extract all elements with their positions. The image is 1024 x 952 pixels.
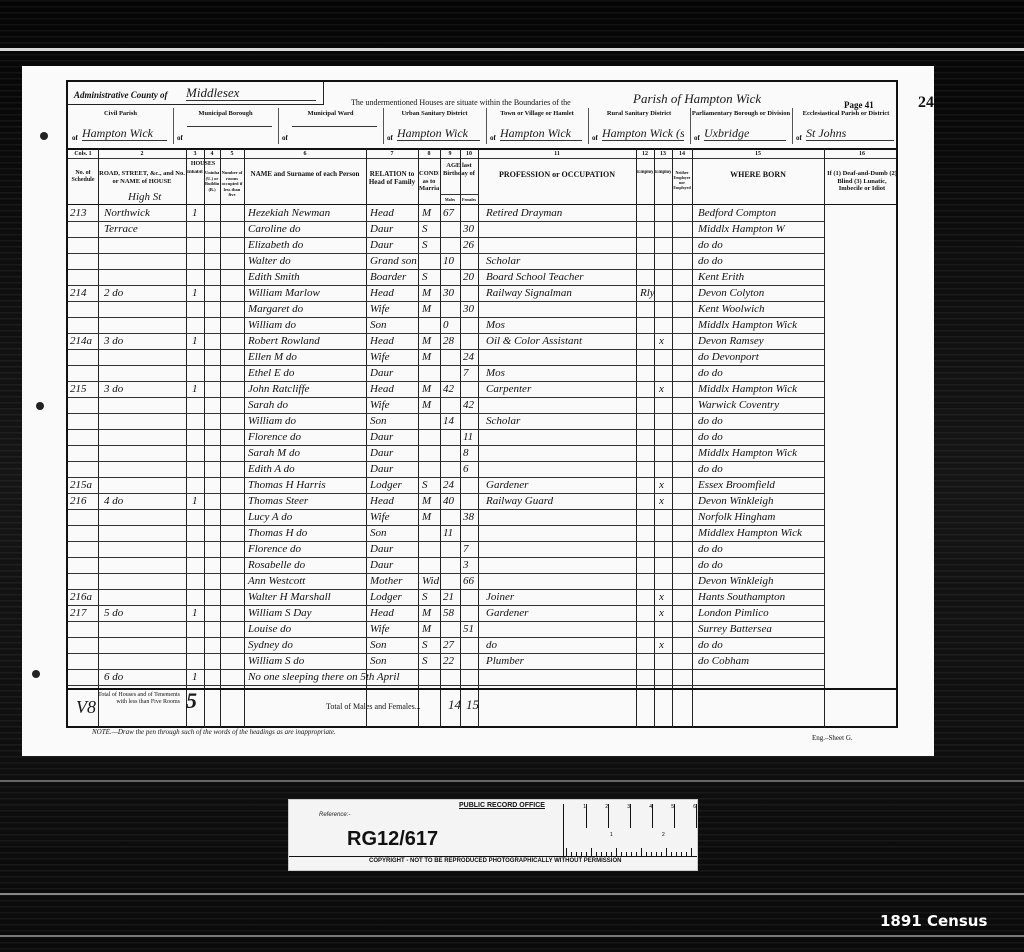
census-row: Louise doWifeM51Surrey Battersea xyxy=(68,622,900,638)
copyright-notice: COPYRIGHT - NOT TO BE REPRODUCED PHOTOGR… xyxy=(369,858,621,864)
cell-emp: x xyxy=(659,591,664,603)
punch-hole xyxy=(36,402,44,410)
scale-mark: 4 xyxy=(644,804,653,828)
header-rooms: Number of rooms occupied if less than fi… xyxy=(221,170,243,202)
column-number: 14 xyxy=(672,150,692,158)
cell-schedule: 216a xyxy=(70,591,92,603)
cell-condition: M xyxy=(422,351,431,363)
header-schedule: No. of Schedule xyxy=(69,170,97,202)
cell-inhabited: 1 xyxy=(192,383,198,395)
cell-born: Devon Ramsey xyxy=(698,335,764,347)
cell-road: 5 do xyxy=(104,607,123,619)
area-label: Town or Village or Hamlet xyxy=(486,110,588,118)
scale-tick xyxy=(601,852,602,856)
census-row: 2153 do1John RatcliffeHeadM42CarpenterxM… xyxy=(68,382,900,398)
cell-born: do do xyxy=(698,367,723,379)
census-caption: 1891 Census xyxy=(880,912,987,930)
scale-tick xyxy=(616,848,617,856)
census-row: Florence doDaur11do do xyxy=(68,430,900,446)
cell-relation: Wife xyxy=(370,511,390,523)
cell-road: 3 do xyxy=(104,335,123,347)
cell-relation: Daur xyxy=(370,431,393,443)
scale-tick xyxy=(656,852,657,856)
census-row: Florence doDaur7do do xyxy=(68,542,900,558)
divider xyxy=(289,856,697,857)
cell-relation: Wife xyxy=(370,303,390,315)
area-label: Municipal Borough xyxy=(173,110,278,118)
cell-emp: x xyxy=(659,335,664,347)
cell-relation: Head xyxy=(370,495,394,507)
cell-name: Edith A do xyxy=(248,463,295,475)
census-row: Sydney doSonS27doxdo do xyxy=(68,638,900,654)
cell-born: Norfolk Hingham xyxy=(698,511,775,523)
cell-relation: Son xyxy=(370,655,387,667)
header-where-born: WHERE BORN xyxy=(693,170,823,202)
census-row: Thomas H doSon11Middlex Hampton Wick xyxy=(68,526,900,542)
scale-tick xyxy=(691,848,692,856)
cell-relation: Daur xyxy=(370,447,393,459)
census-row: Sarah doWifeM42Warwick Coventry xyxy=(68,398,900,414)
scale-mark: 1 xyxy=(578,804,587,828)
cell-name: Ann Westcott xyxy=(248,575,305,587)
scale-mark: 6 xyxy=(688,804,697,828)
cell-relation: Daur xyxy=(370,559,393,571)
cell-female-age: 7 xyxy=(463,367,469,379)
scale-tick xyxy=(586,852,587,856)
cell-name: William Marlow xyxy=(248,287,320,299)
cell-male-age: 0 xyxy=(443,319,449,331)
divider xyxy=(278,108,279,144)
cell-relation: Head xyxy=(370,607,394,619)
cell-condition: M xyxy=(422,207,431,219)
cell-relation: Son xyxy=(370,415,387,427)
census-row: Edith A doDaur6do do xyxy=(68,462,900,478)
road-value: High St xyxy=(128,190,161,204)
scale-tick xyxy=(671,852,672,856)
census-form: Administrative County of Middlesex The u… xyxy=(66,80,898,728)
cell-born: Middlx Hampton Wick xyxy=(698,447,797,459)
header-age: AGE last Birthday of xyxy=(440,162,478,178)
cell-inhabited: 1 xyxy=(192,671,198,683)
header-employed: Employed xyxy=(655,170,671,202)
cell-condition: M xyxy=(422,511,431,523)
scale-tick xyxy=(611,852,612,856)
cell-occupation: Oil & Color Assistant xyxy=(486,335,582,347)
column-number: 16 xyxy=(824,150,900,158)
cell-name: Thomas H Harris xyxy=(248,479,326,491)
of-prefix: of xyxy=(592,134,598,142)
cell-born: do do xyxy=(698,255,723,267)
cell-name: Edith Smith xyxy=(248,271,300,283)
cell-schedule: 215a xyxy=(70,479,92,491)
cell-name: John Ratcliffe xyxy=(248,383,309,395)
record-office: PUBLIC RECORD OFFICE xyxy=(459,802,545,809)
scale-ruler: 12345612 xyxy=(563,804,696,856)
header-condition: CONDITION as to Marriage xyxy=(419,170,439,202)
scale-tick xyxy=(626,852,627,856)
cell-condition: M xyxy=(422,623,431,635)
area-value: Hampton Wick xyxy=(82,126,167,141)
cell-female-age: 20 xyxy=(463,271,474,283)
cell-male-age: 11 xyxy=(443,527,453,539)
scan-stripe xyxy=(0,48,1024,51)
cell-female-age: 42 xyxy=(463,399,474,411)
cell-inhabited: 1 xyxy=(192,495,198,507)
scale-tick xyxy=(641,848,642,856)
census-row: Sarah M doDaur8Middlx Hampton Wick xyxy=(68,446,900,462)
scale-tick xyxy=(576,852,577,856)
cell-relation: Daur xyxy=(370,223,393,235)
cell-born: do do xyxy=(698,543,723,555)
scale-tick xyxy=(676,852,677,856)
cell-male-age: 58 xyxy=(443,607,454,619)
census-row: 2164 do1Thomas SteerHeadM40Railway Guard… xyxy=(68,494,900,510)
scale-mark: 1 xyxy=(610,832,613,838)
column-number: 2 xyxy=(98,150,186,158)
scale-mark: 3 xyxy=(622,804,631,828)
cell-name: William S Day xyxy=(248,607,312,619)
area-value: St Johns xyxy=(806,126,894,141)
cell-relation: Head xyxy=(370,335,394,347)
cell-male-age: 14 xyxy=(443,415,454,427)
cell-name: Sarah do xyxy=(248,399,288,411)
divider xyxy=(690,108,691,144)
cell-born: Hants Southampton xyxy=(698,591,785,603)
divider xyxy=(68,158,896,159)
cell-born: Devon Winkleigh xyxy=(698,495,773,507)
scale-tick xyxy=(631,852,632,856)
census-row: 216aWalter H MarshallLodgerS21JoinerxHan… xyxy=(68,590,900,606)
cell-name: Florence do xyxy=(248,543,301,555)
cell-male-age: 42 xyxy=(443,383,454,395)
header-males: Males xyxy=(440,196,460,204)
cell-condition: M xyxy=(422,335,431,347)
header-inhabited: Inhabited xyxy=(187,170,203,202)
cell-name: Robert Rowland xyxy=(248,335,320,347)
census-row: Rosabelle doDaur3do do xyxy=(68,558,900,574)
header-females: Females xyxy=(460,196,478,204)
cell-schedule: 216 xyxy=(70,495,87,507)
column-number: 9 xyxy=(440,150,460,158)
of-prefix: of xyxy=(72,134,78,142)
sheet-note: NOTE.—Draw the pen through such of the w… xyxy=(92,728,336,736)
cell-condition: S xyxy=(422,639,428,651)
cell-female-age: 8 xyxy=(463,447,469,459)
cell-born: do do xyxy=(698,415,723,427)
scan-stripe xyxy=(0,780,1024,782)
cell-occupation: Mos xyxy=(486,367,505,379)
cell-male-age: 10 xyxy=(443,255,454,267)
cell-male-age: 30 xyxy=(443,287,454,299)
cell-male-age: 27 xyxy=(443,639,454,651)
cell-born: do do xyxy=(698,463,723,475)
of-prefix: of xyxy=(490,134,496,142)
cell-relation: Daur xyxy=(370,543,393,555)
census-row: 214a3 do1Robert RowlandHeadM28Oil & Colo… xyxy=(68,334,900,350)
column-number: 13 xyxy=(654,150,672,158)
census-row: Ann WestcottMotherWid66Devon Winkleigh xyxy=(68,574,900,590)
cell-name: Ellen M do xyxy=(248,351,297,363)
cell-name: Thomas H do xyxy=(248,527,307,539)
cell-female-age: 7 xyxy=(463,543,469,555)
punch-hole xyxy=(32,670,40,678)
column-number: 10 xyxy=(460,150,478,158)
scale-tick xyxy=(566,848,567,856)
cell-name: Florence do xyxy=(248,431,301,443)
cell-name: Walter do xyxy=(248,255,291,267)
cell-female-age: 26 xyxy=(463,239,474,251)
cell-relation: Boarder xyxy=(370,271,406,283)
header-neither: Neither Employer nor Employed xyxy=(673,170,691,202)
scale-tick xyxy=(666,848,667,856)
cell-name: Lucy A do xyxy=(248,511,292,523)
column-number: 5 xyxy=(220,150,244,158)
column-number: 3 xyxy=(186,150,204,158)
cell-name: Sarah M do xyxy=(248,447,300,459)
header-relation: RELATION to Head of Family xyxy=(367,170,417,202)
cell-born: do do xyxy=(698,559,723,571)
cell-condition: S xyxy=(422,271,428,283)
cell-road: Terrace xyxy=(104,223,138,235)
cell-relation: Head xyxy=(370,207,394,219)
cell-occupation: Retired Drayman xyxy=(486,207,562,219)
cell-born: Devon Colyton xyxy=(698,287,764,299)
cell-schedule: 213 xyxy=(70,207,87,219)
cell-relation: Head xyxy=(370,383,394,395)
divider xyxy=(440,194,478,195)
cell-born: do Devonport xyxy=(698,351,759,363)
cell-relation: Son xyxy=(370,527,387,539)
cell-relation: Head xyxy=(370,287,394,299)
census-row: Lucy A doWifeM38Norfolk Hingham xyxy=(68,510,900,526)
scale-tick xyxy=(591,848,592,856)
cell-born: Middlx Hampton Wick xyxy=(698,383,797,395)
divider xyxy=(792,108,793,144)
cell-born: Middlex Hampton Wick xyxy=(698,527,802,539)
header-employer: Employer xyxy=(637,170,653,202)
census-row: Margaret doWifeM30Kent Woolwich xyxy=(68,302,900,318)
area-value xyxy=(187,126,272,127)
cell-female-age: 66 xyxy=(463,575,474,587)
of-prefix: of xyxy=(387,134,393,142)
census-row: 2142 do1William MarlowHeadM30Railway Sig… xyxy=(68,286,900,302)
of-prefix: of xyxy=(177,134,183,142)
divider xyxy=(486,108,487,144)
area-label: Rural Sanitary District xyxy=(588,110,690,118)
census-row: William doSon14Scholardo do xyxy=(68,414,900,430)
cell-name: William do xyxy=(248,319,296,331)
cell-schedule: 214a xyxy=(70,335,92,347)
cell-inhabited: 1 xyxy=(192,287,198,299)
cell-female-age: 30 xyxy=(463,303,474,315)
cell-name: Ethel E do xyxy=(248,367,294,379)
cell-born: Devon Winkleigh xyxy=(698,575,773,587)
column-number: 12 xyxy=(636,150,654,158)
scale-mark: 5 xyxy=(666,804,675,828)
cell-female-age: 51 xyxy=(463,623,474,635)
cell-road: 4 do xyxy=(104,495,123,507)
cell-male-age: 40 xyxy=(443,495,454,507)
scale-mark: 2 xyxy=(600,804,609,828)
cell-name: No one sleeping there on 5th April xyxy=(248,671,400,683)
cell-female-age: 11 xyxy=(463,431,473,443)
cell-name: Elizabeth do xyxy=(248,239,303,251)
cell-emp: x xyxy=(659,607,664,619)
cell-name: Rosabelle do xyxy=(248,559,305,571)
females-total: 15 xyxy=(466,698,479,712)
census-row: 213Northwick1Hezekiah NewmanHeadM67Retir… xyxy=(68,206,900,222)
cell-relation: Grand son xyxy=(370,255,417,267)
cell-condition: S xyxy=(422,223,428,235)
scale-mark: 2 xyxy=(662,832,665,838)
of-prefix: of xyxy=(694,134,700,142)
cell-born: Surrey Battersea xyxy=(698,623,772,635)
cell-condition: Wid xyxy=(422,575,439,587)
cell-relation: Son xyxy=(370,319,387,331)
divider xyxy=(383,108,384,144)
column-number: 6 xyxy=(244,150,366,158)
scale-tick xyxy=(681,852,682,856)
column-number: 8 xyxy=(418,150,440,158)
cell-inhabited: 1 xyxy=(192,335,198,347)
census-row: Ethel E doDaur7Mosdo do xyxy=(68,366,900,382)
census-row: Walter doGrand son10Scholardo do xyxy=(68,254,900,270)
scale-tick xyxy=(621,852,622,856)
boundaries-text: The undermentioned Houses are situate wi… xyxy=(351,98,571,107)
cell-born: Kent Erith xyxy=(698,271,744,283)
scale-tick xyxy=(636,852,637,856)
reference-code: RG12/617 xyxy=(347,828,438,851)
cell-condition: S xyxy=(422,591,428,603)
cell-occupation: Mos xyxy=(486,319,505,331)
county-box xyxy=(68,82,324,105)
scale-tick xyxy=(606,852,607,856)
census-row: 2175 do1William S DayHeadM58GardenerxLon… xyxy=(68,606,900,622)
cell-occupation: Railway Signalman xyxy=(486,287,572,299)
area-value: Hampton Wick xyxy=(397,126,480,141)
cell-name: Walter H Marshall xyxy=(248,591,331,603)
cell-born: Middlx Hampton W xyxy=(698,223,785,235)
houses-total-label: Total of Houses and of Tenements with le… xyxy=(98,692,180,706)
scale-tick xyxy=(646,852,647,856)
scan-stripe xyxy=(0,935,1024,937)
header-name: NAME and Surname of each Person xyxy=(245,170,365,202)
cell-occupation: Plumber xyxy=(486,655,524,667)
cell-road: 2 do xyxy=(104,287,123,299)
cell-male-age: 22 xyxy=(443,655,454,667)
cell-name: Louise do xyxy=(248,623,291,635)
cell-name: Sydney do xyxy=(248,639,293,651)
column-number: Cols. 1 xyxy=(68,150,98,158)
cell-name: Thomas Steer xyxy=(248,495,308,507)
census-row: 6 do1No one sleeping there on 5th April xyxy=(68,670,900,686)
punch-hole xyxy=(40,132,48,140)
cell-occupation: Carpenter xyxy=(486,383,531,395)
scale-tick xyxy=(686,852,687,856)
cell-road: 6 do xyxy=(104,671,123,683)
cell-occupation: do xyxy=(486,639,497,651)
cell-born: Middlx Hampton Wick xyxy=(698,319,797,331)
area-label: Ecclesiastical Parish or District xyxy=(792,110,900,118)
census-row: 215aThomas H HarrisLodgerS24GardenerxEss… xyxy=(68,478,900,494)
cell-relation: Daur xyxy=(370,463,393,475)
cell-born: London Pimlico xyxy=(698,607,769,619)
area-label: Parliamentary Borough or Division xyxy=(690,110,792,118)
cell-occupation: Scholar xyxy=(486,415,520,427)
scale-tick xyxy=(571,852,572,856)
cell-condition: S xyxy=(422,479,428,491)
cell-relation: Wife xyxy=(370,399,390,411)
cell-relation: Wife xyxy=(370,623,390,635)
scale-tick xyxy=(651,852,652,856)
divider xyxy=(68,204,896,205)
of-prefix: of xyxy=(282,134,288,142)
cell-condition: M xyxy=(422,495,431,507)
cell-born: do do xyxy=(698,639,723,651)
cell-male-age: 67 xyxy=(443,207,454,219)
cell-emp: x xyxy=(659,479,664,491)
cell-occupation: Board School Teacher xyxy=(486,271,584,283)
cell-name: Margaret do xyxy=(248,303,303,315)
cell-born: do Cobham xyxy=(698,655,749,667)
cell-condition: S xyxy=(422,239,428,251)
cell-occupation: Joiner xyxy=(486,591,514,603)
cell-female-age: 24 xyxy=(463,351,474,363)
total-schedules: V8 xyxy=(76,700,96,714)
reference-card: Reference:- PUBLIC RECORD OFFICE RG12/61… xyxy=(288,799,698,871)
cell-inhabited: 1 xyxy=(192,207,198,219)
cell-relation: Mother xyxy=(370,575,402,587)
area-label: Civil Parish xyxy=(68,110,173,118)
cell-relation: Lodger xyxy=(370,479,402,491)
males-females-total-label: Total of Males and Females... xyxy=(326,702,421,711)
cell-condition: M xyxy=(422,399,431,411)
cell-occupation: Gardener xyxy=(486,607,528,619)
cell-born: do do xyxy=(698,239,723,251)
census-row: TerraceCaroline doDaurS30Middlx Hampton … xyxy=(68,222,900,238)
cell-occupation: Scholar xyxy=(486,255,520,267)
header-occupation: PROFESSION or OCCUPATION xyxy=(479,170,635,202)
cell-emp: x xyxy=(659,639,664,651)
header-uninhabited: Uninhabited (U.) or Building (B.) xyxy=(205,170,219,202)
divider xyxy=(588,108,589,144)
cell-condition: M xyxy=(422,383,431,395)
census-row: Elizabeth doDaurS26do do xyxy=(68,238,900,254)
area-value: Uxbridge xyxy=(704,126,786,141)
census-row: Edith SmithBoarderS20Board School Teache… xyxy=(68,270,900,286)
cell-female-age: 3 xyxy=(463,559,469,571)
cell-relation: Daur xyxy=(370,239,393,251)
census-row: William doSon0MosMiddlx Hampton Wick xyxy=(68,318,900,334)
area-value: Hampton Wick xyxy=(500,126,582,141)
cell-female-age: 30 xyxy=(463,223,474,235)
males-total: 14 xyxy=(448,698,461,712)
scan-stripe xyxy=(0,893,1024,895)
page-number: Page 41 xyxy=(844,100,874,110)
cell-emp: Rly xyxy=(640,287,655,299)
reference-label: Reference:- xyxy=(319,812,350,818)
boundaries-value: Parish of Hampton Wick xyxy=(633,92,761,106)
sheet-side-number: 24 xyxy=(918,94,934,112)
scale-tick xyxy=(581,852,582,856)
cell-relation: Wife xyxy=(370,351,390,363)
census-row: William S doSonS22Plumberdo Cobham xyxy=(68,654,900,670)
cell-schedule: 214 xyxy=(70,287,87,299)
cell-male-age: 24 xyxy=(443,479,454,491)
sheet-footer: Eng.–Sheet G. xyxy=(812,734,853,742)
cell-born: Kent Woolwich xyxy=(698,303,765,315)
cell-relation: Son xyxy=(370,639,387,651)
